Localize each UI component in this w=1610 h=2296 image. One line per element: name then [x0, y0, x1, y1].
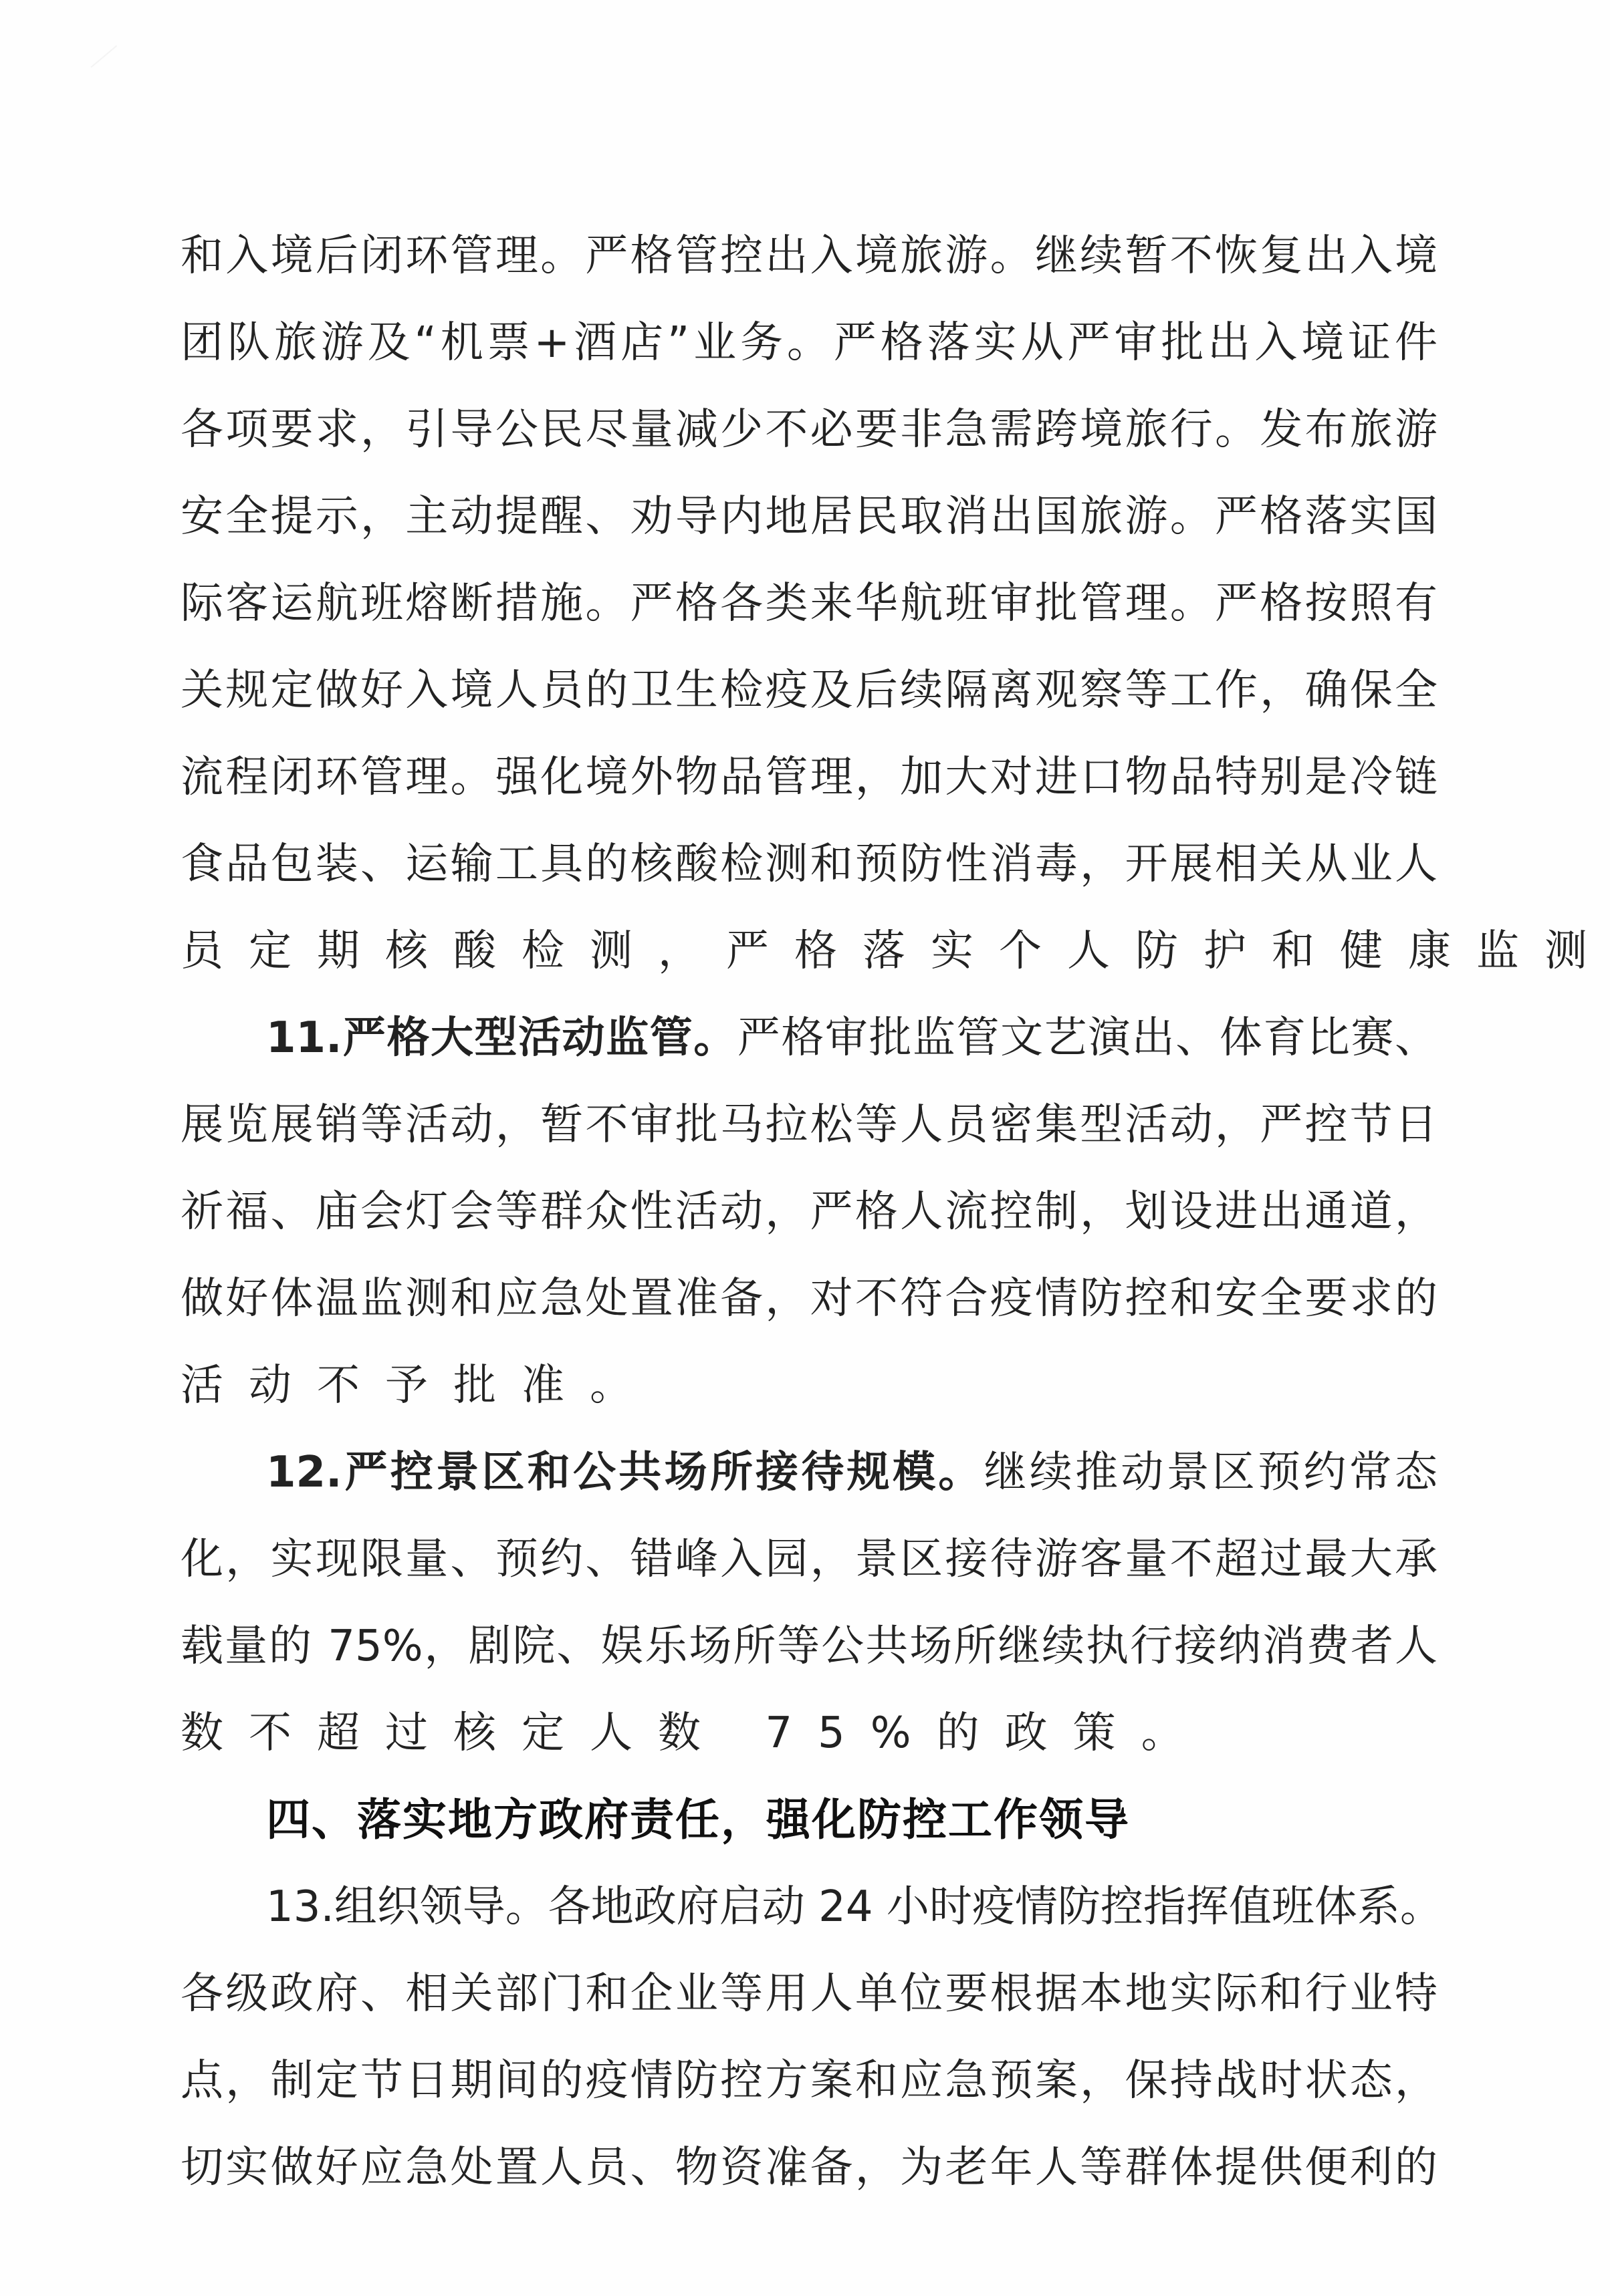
text-line: 做好体温监测和应急处置准备，对不符合疫情防控和安全要求的	[181, 1255, 1437, 1342]
scan-artifact	[91, 45, 130, 84]
item11-first-text: 严格审批监管文艺演出、体育比赛、	[737, 1013, 1437, 1063]
text-line: 化，实现限量、预约、错峰入园，景区接待游客量不超过最大承	[181, 1516, 1437, 1603]
text-line: 祈福、庙会灯会等群众性活动，严格人流控制，划设进出通道，	[181, 1168, 1437, 1255]
text-line-last: 活动不予批准。	[181, 1342, 1437, 1429]
paragraph-item10-continuation: 和入境后闭环管理。严格管控出入境旅游。继续暂不恢复出入境 团队旅游及“机票+酒店…	[181, 213, 1437, 995]
paragraph-item13: 13.组织领导。各地政府启动 24 小时疫情防控指挥值班体系。 各级政府、相关部…	[181, 1864, 1437, 2211]
text-line: 切实做好应急处置人员、物资准备，为老年人等群体提供便利的	[181, 2124, 1437, 2211]
text-line-first: 12.严控景区和公共场所接待规模。继续推动景区预约常态	[181, 1429, 1437, 1516]
item12-first-text: 继续推动景区预约常态	[984, 1448, 1437, 1497]
text-line: 团队旅游及“机票+酒店”业务。严格落实从严审批出入境证件	[181, 299, 1437, 386]
text-line-first: 11.严格大型活动监管。严格审批监管文艺演出、体育比赛、	[181, 995, 1437, 1081]
text-line: 食品包装、运输工具的核酸检测和预防性消毒，开展相关从业人	[181, 821, 1437, 908]
text-line-first: 13.组织领导。各地政府启动 24 小时疫情防控指挥值班体系。	[181, 1864, 1437, 1950]
text-line: 安全提示，主动提醒、劝导内地居民取消出国旅游。严格落实国	[181, 473, 1437, 560]
document-page: 和入境后闭环管理。严格管控出入境旅游。继续暂不恢复出入境 团队旅游及“机票+酒店…	[0, 0, 1610, 2296]
section-heading: 四、落实地方政府责任，强化防控工作领导	[181, 1777, 1437, 1864]
text-line: 点，制定节日期间的疫情防控方案和应急预案，保持战时状态，	[181, 2037, 1437, 2124]
text-line-last: 数不超过核定人数 75%的政策。	[181, 1690, 1437, 1777]
text-line: 际客运航班熔断措施。严格各类来华航班审批管理。严格按照有	[181, 560, 1437, 647]
text-line: 流程闭环管理。强化境外物品管理，加大对进口物品特别是冷链	[181, 734, 1437, 821]
text-line-last: 员定期核酸检测，严格落实个人防护和健康监测。	[181, 908, 1437, 995]
text-line: 和入境后闭环管理。严格管控出入境旅游。继续暂不恢复出入境	[181, 213, 1437, 299]
item13-first-text: 各地政府启动 24 小时疫情防控指挥值班体系。	[548, 1882, 1443, 1932]
text-line: 各级政府、相关部门和企业等用人单位要根据本地实际和行业特	[181, 1950, 1437, 2037]
item13-title: 13.组织领导。	[266, 1882, 548, 1932]
text-line: 关规定做好入境人员的卫生检疫及后续隔离观察等工作，确保全	[181, 647, 1437, 734]
document-body: 和入境后闭环管理。严格管控出入境旅游。继续暂不恢复出入境 团队旅游及“机票+酒店…	[181, 213, 1437, 2211]
page-number: 4	[781, 2162, 796, 2192]
paragraph-item12: 12.严控景区和公共场所接待规模。继续推动景区预约常态 化，实现限量、预约、错峰…	[181, 1429, 1437, 1777]
text-line: 各项要求，引导公民尽量减少不必要非急需跨境旅行。发布旅游	[181, 386, 1437, 473]
item11-title: 11.严格大型活动监管。	[266, 1013, 737, 1063]
text-line: 载量的 75%，剧院、娱乐场所等公共场所继续执行接纳消费者人	[181, 1603, 1437, 1690]
item12-title: 12.严控景区和公共场所接待规模。	[266, 1448, 984, 1497]
text-line: 展览展销等活动，暂不审批马拉松等人员密集型活动，严控节日	[181, 1081, 1437, 1168]
paragraph-item11: 11.严格大型活动监管。严格审批监管文艺演出、体育比赛、 展览展销等活动，暂不审…	[181, 995, 1437, 1429]
